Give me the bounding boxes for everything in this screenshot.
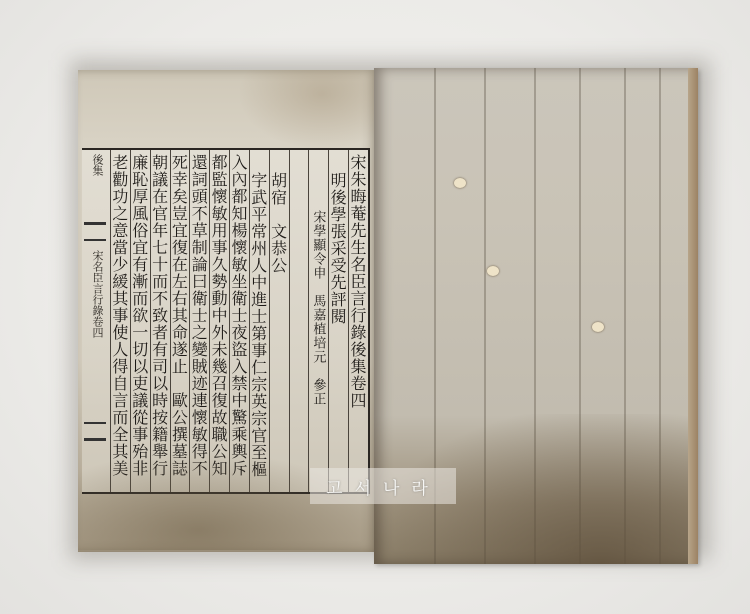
text-column: 死幸矣豈宜復在左右其命遂止 歐公撰墓誌: [170, 150, 190, 492]
text-column: 入內都知楊懷敏坐衛士夜盜入禁中驚乘輿斥出爲和州: [229, 150, 249, 492]
fishtail-mark-icon: [84, 422, 106, 441]
fishtail-mark-icon: [84, 222, 106, 241]
text-columns: 宋朱晦菴先生名臣言行錄後集卷四 明後學張采受先評閱 宋學顯令申 馬嘉植培元 參正…: [110, 150, 368, 492]
margin-spine-title: 宋名臣言行錄卷四: [84, 250, 108, 338]
wormhole: [454, 178, 466, 188]
text-column: 廉恥厚風俗宜有漸而欲一切以吏議從事殆非所以愛: [130, 150, 150, 492]
text-column: 字武平常州人中進士第事仁宗英宗官至樞密副使: [249, 150, 269, 492]
text-column: 胡宿 文恭公: [269, 150, 289, 492]
text-column: 朝議在官年七十而不致者有司以時按籍舉行公以謂養: [150, 150, 170, 492]
text-column: [289, 150, 309, 492]
printed-text-frame: 後集 宋名臣言行錄卷四 宋朱晦菴先生名臣言行錄後集卷四 明後學張采受先評閱 宋學…: [82, 148, 370, 494]
page-edge: [688, 68, 698, 564]
text-column: 還詞頭不草制論曰衛士之變賊迹連懷敏得不窮治誅: [189, 150, 209, 492]
text-column: 宋學顯令申 馬嘉植培元 參正: [308, 150, 328, 492]
text-column: 老勸功之意當少緩其事使人得自言而全其美御: [110, 150, 130, 492]
text-column: 都監懷敏用事久勢動中外未幾召復故職公知制誥封: [209, 150, 229, 492]
wormhole: [487, 266, 499, 276]
text-column: 明後學張采受先評閱: [328, 150, 348, 492]
paper-stain: [238, 70, 378, 150]
wormhole: [592, 322, 604, 332]
page-margin: 後集 宋名臣言行錄卷四: [84, 154, 108, 492]
text-column: 宋朱晦菴先生名臣言行錄後集卷四: [348, 150, 368, 492]
watermark: 고서나라: [310, 468, 456, 504]
